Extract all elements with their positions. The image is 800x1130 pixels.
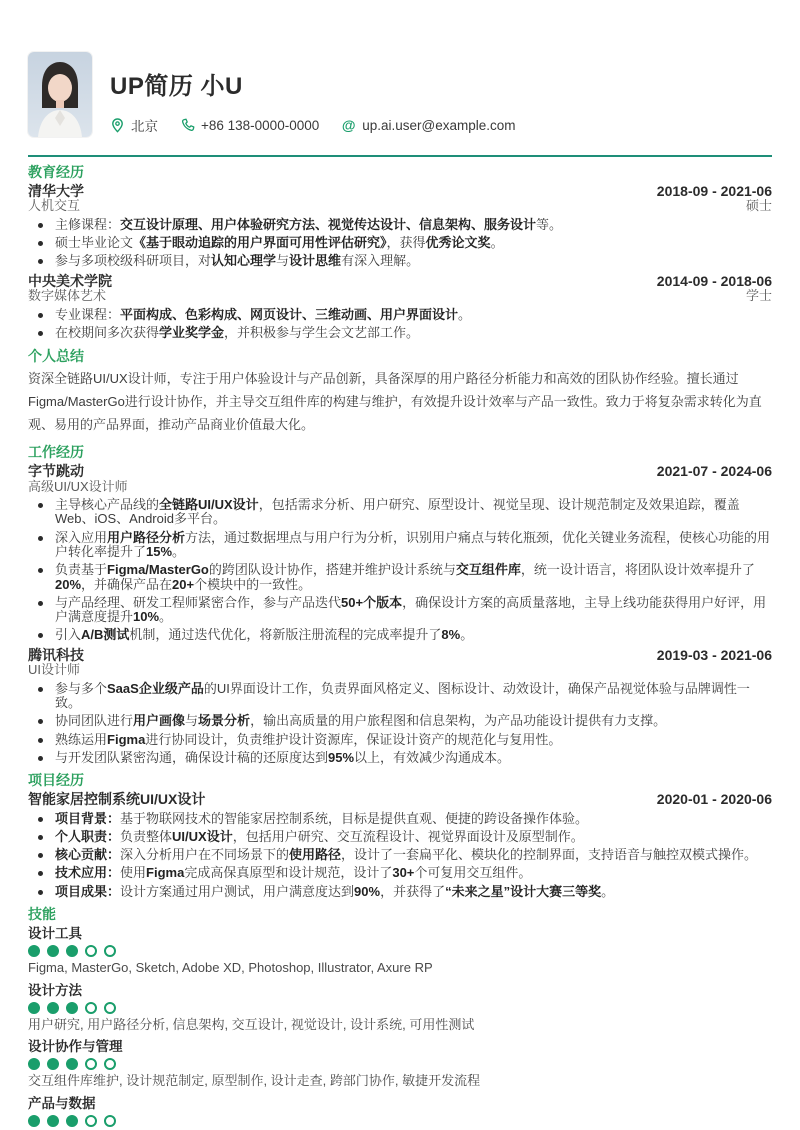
school-name: 清华大学 xyxy=(28,183,84,200)
skill-group: 设计工具 Figma, MasterGo, Sketch, Adobe XD, … xyxy=(28,926,772,976)
bullet-item: 深入应用用户路径分析方法，通过数据埋点与用户行为分析，识别用户痛点与转化瓶颈，优… xyxy=(28,531,772,560)
skill-group: 产品与数据 xyxy=(28,1096,772,1127)
skill-group-name: 设计工具 xyxy=(28,926,772,941)
section-title-projects: 项目经历 xyxy=(28,772,772,789)
bullet-item: 技术应用：使用Figma完成高保真原型和设计规范，设计了30+个可复用交互组件。 xyxy=(28,866,772,880)
bullet-item: 在校期间多次获得学业奖学金，并积极参与学生会文艺部工作。 xyxy=(28,326,772,340)
skill-items: Figma, MasterGo, Sketch, Adobe XD, Photo… xyxy=(28,961,772,976)
dot-empty xyxy=(85,1058,97,1070)
summary-paragraph: 资深全链路UI/UX设计师，专注于用户体验设计与产品创新，具备深厚的用户路径分析… xyxy=(28,367,772,436)
contact-row: 北京 +86 138-0000-0000 @ up.ai.user@exampl… xyxy=(110,115,516,135)
contact-location-text: 北京 xyxy=(131,115,158,135)
dot-empty xyxy=(85,1002,97,1014)
dot-empty xyxy=(85,1115,97,1127)
bullet-item: 协同团队进行用户画像与场景分析，输出高质量的用户旅程图和信息架构，为产品功能设计… xyxy=(28,714,772,728)
profile-photo-illustration xyxy=(28,52,92,137)
resume-page: UP简历 小U 北京 +86 138-0000-0000 @ up.ai.u xyxy=(0,0,800,1127)
section-title-skills: 技能 xyxy=(28,906,772,923)
dot-filled xyxy=(28,1002,40,1014)
dot-filled xyxy=(47,1002,59,1014)
work-entry-header: 腾讯科技 UI设计师 2019-03 - 2021-06 xyxy=(28,647,772,678)
section-work: 工作经历 字节跳动 高级UI/UX设计师 2021-07 - 2024-06 主… xyxy=(28,444,772,765)
education-dates: 2014-09 - 2018-06 xyxy=(657,273,772,290)
dot-filled xyxy=(28,1058,40,1070)
education-bullet-list: 专业课程：平面构成、色彩构成、网页设计、三维动画、用户界面设计。 在校期间多次获… xyxy=(28,308,772,341)
dot-filled xyxy=(28,1115,40,1127)
section-projects: 项目经历 智能家居控制系统UI/UX设计 2020-01 - 2020-06 项… xyxy=(28,772,772,899)
skill-group-name: 设计协作与管理 xyxy=(28,1039,772,1054)
section-education: 教育经历 清华大学 人机交互 2018-09 - 2021-06 硕士 主修课程… xyxy=(28,164,772,340)
work-dates: 2019-03 - 2021-06 xyxy=(657,647,772,664)
dot-filled xyxy=(47,1115,59,1127)
bullet-item: 与开发团队紧密沟通，确保设计稿的还原度达到95%以上，有效减少沟通成本。 xyxy=(28,751,772,765)
bullet-item: 参与多个SaaS企业级产品的UI界面设计工作，负责界面风格定义、图标设计、动效设… xyxy=(28,682,772,711)
school-name: 中央美术学院 xyxy=(28,273,112,290)
profile-photo xyxy=(28,52,92,137)
degree-level: 硕士 xyxy=(657,199,772,214)
dot-filled xyxy=(66,1002,78,1014)
work-dates: 2021-07 - 2024-06 xyxy=(657,463,772,480)
skill-group-name: 产品与数据 xyxy=(28,1096,772,1111)
at-sign-icon: @ xyxy=(341,118,356,133)
bullet-item: 负责基于Figma/MasterGo的跨团队设计协作，搭建并维护设计系统与交互组… xyxy=(28,563,772,592)
candidate-name: UP简历 小U xyxy=(110,66,516,101)
dot-empty xyxy=(104,945,116,957)
skill-level-dots xyxy=(28,945,772,957)
bullet-item: 熟练运用Figma进行协同设计，负责维护设计资源库，保证设计资产的规范化与复用性… xyxy=(28,733,772,747)
dot-filled xyxy=(66,945,78,957)
project-entry-header: 智能家居控制系统UI/UX设计 2020-01 - 2020-06 xyxy=(28,791,772,808)
work-entry-header: 字节跳动 高级UI/UX设计师 2021-07 - 2024-06 xyxy=(28,463,772,494)
contact-phone: +86 138-0000-0000 xyxy=(180,118,319,133)
skill-items: 用户研究, 用户路径分析, 信息架构, 交互设计, 视觉设计, 设计系统, 可用… xyxy=(28,1018,772,1033)
company-name: 字节跳动 xyxy=(28,463,128,480)
section-summary: 个人总结 资深全链路UI/UX设计师，专注于用户体验设计与产品创新，具备深厚的用… xyxy=(28,348,772,436)
section-title-education: 教育经历 xyxy=(28,164,772,181)
bullet-item: 主导核心产品线的全链路UI/UX设计，包括需求分析、用户研究、原型设计、视觉呈现… xyxy=(28,498,772,527)
education-entry-header: 清华大学 人机交互 2018-09 - 2021-06 硕士 xyxy=(28,183,772,214)
dot-filled xyxy=(47,1058,59,1070)
education-bullet-list: 主修课程：交互设计原理、用户体验研究方法、视觉传达设计、信息架构、服务设计等。 … xyxy=(28,218,772,269)
bullet-item: 引入A/B测试机制，通过迭代优化，将新版注册流程的完成率提升了8%。 xyxy=(28,628,772,642)
header-info: UP简历 小U 北京 +86 138-0000-0000 @ up.ai.u xyxy=(110,52,516,137)
bullet-item: 个人职责：负责整体UI/UX设计，包括用户研究、交互流程设计、视觉界面设计及原型… xyxy=(28,830,772,844)
phone-icon xyxy=(180,118,195,133)
dot-empty xyxy=(85,945,97,957)
project-name: 智能家居控制系统UI/UX设计 xyxy=(28,791,205,808)
bullet-item: 专业课程：平面构成、色彩构成、网页设计、三维动画、用户界面设计。 xyxy=(28,308,772,322)
location-pin-icon xyxy=(110,118,125,133)
work-bullet-list: 主导核心产品线的全链路UI/UX设计，包括需求分析、用户研究、原型设计、视觉呈现… xyxy=(28,498,772,643)
bullet-item: 硕士毕业论文《基于眼动追踪的用户界面可用性评估研究》，获得优秀论文奖。 xyxy=(28,236,772,250)
education-entry-header: 中央美术学院 数字媒体艺术 2014-09 - 2018-06 学士 xyxy=(28,273,772,304)
dot-empty xyxy=(104,1002,116,1014)
job-title: UI设计师 xyxy=(28,663,84,678)
header: UP简历 小U 北京 +86 138-0000-0000 @ up.ai.u xyxy=(28,0,772,137)
job-title: 高级UI/UX设计师 xyxy=(28,480,128,495)
project-bullet-list: 项目背景：基于物联网技术的智能家居控制系统，目标是提供直观、便捷的跨设备操作体验… xyxy=(28,812,772,899)
dot-filled xyxy=(66,1115,78,1127)
bullet-item: 与产品经理、研发工程师紧密合作，参与产品迭代50+个版本，确保设计方案的高质量落… xyxy=(28,596,772,625)
skill-level-dots xyxy=(28,1002,772,1014)
contact-phone-text: +86 138-0000-0000 xyxy=(201,118,319,133)
skill-group: 设计方法 用户研究, 用户路径分析, 信息架构, 交互设计, 视觉设计, 设计系… xyxy=(28,983,772,1033)
bullet-item: 核心贡献：深入分析用户在不同场景下的使用路径，设计了一套扁平化、模块化的控制界面… xyxy=(28,848,772,862)
dot-empty xyxy=(104,1115,116,1127)
skill-group: 设计协作与管理 交互组件库维护, 设计规范制定, 原型制作, 设计走查, 跨部门… xyxy=(28,1039,772,1089)
bullet-item: 参与多项校级科研项目，对认知心理学与设计思维有深入理解。 xyxy=(28,254,772,268)
dot-filled xyxy=(47,945,59,957)
bullet-item: 项目背景：基于物联网技术的智能家居控制系统，目标是提供直观、便捷的跨设备操作体验… xyxy=(28,812,772,826)
section-skills: 技能 设计工具 Figma, MasterGo, Sketch, Adobe X… xyxy=(28,906,772,1127)
section-title-work: 工作经历 xyxy=(28,444,772,461)
major-name: 人机交互 xyxy=(28,199,84,214)
contact-location: 北京 xyxy=(110,115,158,135)
company-name: 腾讯科技 xyxy=(28,647,84,664)
work-bullet-list: 参与多个SaaS企业级产品的UI界面设计工作，负责界面风格定义、图标设计、动效设… xyxy=(28,682,772,765)
header-divider xyxy=(28,155,772,157)
education-dates: 2018-09 - 2021-06 xyxy=(657,183,772,200)
skill-level-dots xyxy=(28,1115,772,1127)
project-dates: 2020-01 - 2020-06 xyxy=(657,791,772,808)
skill-group-name: 设计方法 xyxy=(28,983,772,998)
contact-email-text: up.ai.user@example.com xyxy=(362,118,515,133)
degree-level: 学士 xyxy=(657,289,772,304)
section-title-summary: 个人总结 xyxy=(28,348,772,365)
bullet-item: 项目成果：设计方案通过用户测试，用户满意度达到90%，并获得了“未来之星”设计大… xyxy=(28,885,772,899)
skill-items: 交互组件库维护, 设计规范制定, 原型制作, 设计走查, 跨部门协作, 敏捷开发… xyxy=(28,1074,772,1089)
skill-level-dots xyxy=(28,1058,772,1070)
major-name: 数字媒体艺术 xyxy=(28,289,112,304)
dot-empty xyxy=(104,1058,116,1070)
dot-filled xyxy=(28,945,40,957)
contact-email: @ up.ai.user@example.com xyxy=(341,118,515,133)
dot-filled xyxy=(66,1058,78,1070)
bullet-item: 主修课程：交互设计原理、用户体验研究方法、视觉传达设计、信息架构、服务设计等。 xyxy=(28,218,772,232)
